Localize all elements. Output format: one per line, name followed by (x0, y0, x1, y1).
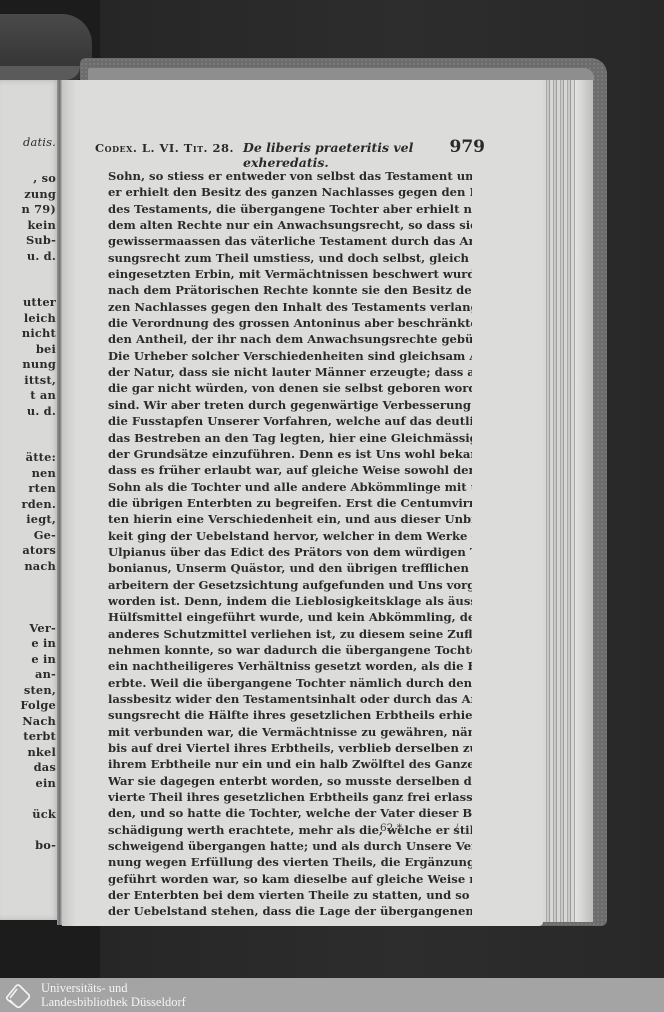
left-text-fragment: sten, (0, 683, 56, 699)
left-text-fragment (0, 791, 56, 807)
left-text-fragment: , so (0, 171, 56, 187)
left-text-fragment: zung (0, 187, 56, 203)
text-line: arbeitern der Gesetzsichtung aufgefunden… (108, 577, 472, 593)
text-line: Sohn als die Tochter und alle andere Abk… (108, 479, 472, 495)
left-text-fragment (0, 590, 56, 606)
left-page-header-fragment: datis. (0, 135, 56, 151)
left-text-fragment (0, 822, 56, 838)
text-line: lassbesitz wider den Testamentsinhalt od… (108, 691, 472, 707)
text-line: ein nachtheiligeres Verhältniss gesetzt … (108, 658, 472, 674)
text-line: schädigung werth erachtete, mehr als die… (108, 822, 472, 838)
text-line: die gar nicht würden, von denen sie selb… (108, 380, 472, 396)
left-text-fragment: ators (0, 543, 56, 559)
left-text-fragment: e in (0, 652, 56, 668)
text-line: der Natur, dass sie nicht lauter Männer … (108, 364, 472, 380)
left-text-fragment: ätte: (0, 450, 56, 466)
left-text-fragment: e in (0, 636, 56, 652)
left-text-fragment: nicht (0, 326, 56, 342)
left-text-fragment: nung (0, 357, 56, 373)
left-text-fragment: ittst, (0, 373, 56, 389)
text-line: erbte. Weil die übergangene Tochter näml… (108, 675, 472, 691)
body-text: Sohn, so stiess er entweder von selbst d… (108, 168, 472, 920)
left-text-fragment: an- (0, 667, 56, 683)
text-line: vierte Theil ihres gesetzlichen Erbtheil… (108, 789, 472, 805)
left-text-fragment (0, 605, 56, 621)
text-line: Die Urheber solcher Verschiedenheiten si… (108, 348, 472, 364)
text-line: nach dem Prätorischen Rechte konnte sie … (108, 282, 472, 298)
text-line: zen Nachlasses gegen den Inhalt des Test… (108, 299, 472, 315)
left-text-fragment: leich (0, 311, 56, 327)
left-text-fragment (0, 264, 56, 280)
text-line: der Enterbten bei dem vierten Theile zu … (108, 887, 472, 903)
text-line: den Antheil, der ihr nach dem Anwachsung… (108, 331, 472, 347)
text-line: nehmen konnte, so war dadurch die überga… (108, 642, 472, 658)
left-text-fragment: Ver- (0, 621, 56, 637)
text-line: eingesetzten Erbin, mit Vermächtnissen b… (108, 266, 472, 282)
left-text-fragment (0, 280, 56, 296)
text-line: die Fusstapfen Unserer Vorfahren, welche… (108, 413, 472, 429)
left-text-fragment: Folge (0, 698, 56, 714)
left-text-fragment: ein (0, 776, 56, 792)
text-line: die übrigen Enterbten zu begreifen. Erst… (108, 495, 472, 511)
text-line: der Grundsätze einzuführen. Denn es ist … (108, 446, 472, 462)
library-name-line2: Landesbibliothek Düsseldorf (41, 995, 186, 1009)
text-line: geführt worden war, so kam dieselbe auf … (108, 871, 472, 887)
text-line: sind. Wir aber treten durch gegenwärtige… (108, 397, 472, 413)
text-line: Ulpianus über das Edict des Prätors von … (108, 544, 472, 560)
left-text-fragment: Nach (0, 714, 56, 730)
text-line: bis auf drei Viertel ihres Erbtheils, ve… (108, 740, 472, 756)
text-line: das Bestreben an den Tag legten, hier ei… (108, 430, 472, 446)
text-line: dass es früher erlaubt war, auf gleiche … (108, 462, 472, 478)
text-line: mit verbunden war, die Vermächtnisse zu … (108, 724, 472, 740)
left-text-fragment: Ge- (0, 528, 56, 544)
text-line: War sie dagegen enterbt worden, so musst… (108, 773, 472, 789)
cover-top-edge (88, 68, 594, 80)
left-text-fragment: Sub- (0, 233, 56, 249)
left-text-fragment: nkel (0, 745, 56, 761)
printer-signature: 62 * (380, 822, 402, 834)
text-line: den, und so hatte die Tochter, welche de… (108, 805, 472, 821)
left-text-fragment: terbt (0, 729, 56, 745)
left-text-fragment: iegt, (0, 512, 56, 528)
left-text-fragment: das (0, 760, 56, 776)
left-text-fragment: kein (0, 218, 56, 234)
text-line: worden ist. Denn, indem die Lieblosigkei… (108, 593, 472, 609)
text-line: er erhielt den Besitz des ganzen Nachlas… (108, 184, 472, 200)
text-line: der Uebelstand stehen, dass die Lage der… (108, 903, 472, 919)
left-text-fragment (0, 435, 56, 451)
left-text-fragment: rten (0, 481, 56, 497)
text-line: ten hierin eine Verschiedenheit ein, und… (108, 511, 472, 527)
text-line: sungsrecht die Hälfte ihres gesetzlichen… (108, 707, 472, 723)
text-line: keit ging der Uebelstand hervor, welcher… (108, 528, 472, 544)
library-name: Universitäts- und Landesbibliothek Düsse… (41, 981, 186, 1009)
left-text-fragment: rden. (0, 497, 56, 513)
page-number: 979 (450, 137, 486, 157)
text-line: gewissermaassen das väterliche Testament… (108, 233, 472, 249)
left-page-text-fragments: , sozungn 79)keinSub-u. d.utterleichnich… (0, 171, 56, 853)
library-name-line1: Universitäts- und (41, 981, 186, 995)
text-line: dem alten Rechte nur ein Anwachsungsrech… (108, 217, 472, 233)
text-line: Hülfsmittel eingeführt wurde, und kein A… (108, 609, 472, 625)
footer-bar: Universitäts- und Landesbibliothek Düsse… (0, 978, 664, 1012)
left-text-fragment: ück (0, 807, 56, 823)
book-logo-icon (4, 981, 32, 1009)
running-header: Codex. L. VI. Tit. 28. De liberis praete… (95, 137, 485, 159)
left-text-fragment: nach (0, 559, 56, 575)
text-line: anderes Schutzmittel verliehen ist, zu d… (108, 626, 472, 642)
header-codex-reference: Codex. L. VI. Tit. 28. (95, 141, 234, 155)
text-line: sungsrecht zum Theil umstiess, und doch … (108, 250, 472, 266)
left-text-fragment: u. d. (0, 404, 56, 420)
text-line: ihrem Erbtheile nur ein und ein halb Zwö… (108, 756, 472, 772)
left-text-fragment: bo- (0, 838, 56, 854)
text-line: des Testaments, die übergangene Tochter … (108, 201, 472, 217)
left-text-fragment (0, 574, 56, 590)
left-text-fragment: n 79) (0, 202, 56, 218)
text-line: Sohn, so stiess er entweder von selbst d… (108, 168, 472, 184)
text-line: die Verordnung des grossen Antoninus abe… (108, 315, 472, 331)
text-line: nung wegen Erfüllung des vierten Theils,… (108, 854, 472, 870)
left-text-fragment: u. d. (0, 249, 56, 265)
left-text-fragment: bei (0, 342, 56, 358)
left-text-fragment: nen (0, 466, 56, 482)
left-text-fragment (0, 419, 56, 435)
text-line: schweigend übergangen hatte; und als dur… (108, 838, 472, 854)
corner-mark: / (455, 823, 458, 834)
left-page: datis. , sozungn 79)keinSub-u. d.utterle… (0, 80, 60, 920)
page-stack-shade (575, 80, 593, 922)
left-text-fragment: utter (0, 295, 56, 311)
left-text-fragment: t an (0, 388, 56, 404)
text-line: bonianus, Unserm Quästor, und den übrige… (108, 560, 472, 576)
left-book-cover-edge (0, 66, 80, 80)
